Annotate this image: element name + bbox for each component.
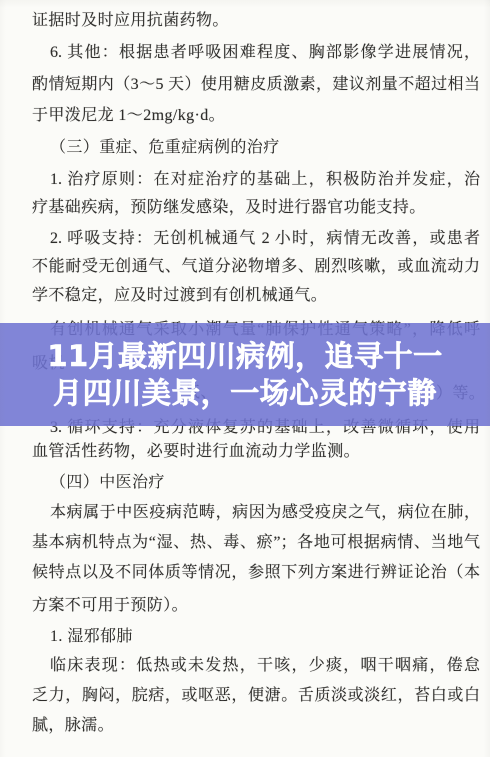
- doc-line: 候特点以及不同体质等情况，参照下列方案进行辨证论治（本: [32, 562, 480, 584]
- doc-line: 证据时及时应用抗菌药物。: [32, 10, 229, 32]
- doc-section-heading: （四）中医治疗: [50, 472, 165, 494]
- banner-title-line-2: 月四川美景，一场心灵的宁静: [53, 375, 437, 412]
- doc-line: 临床表现：低热或未发热，干咳，少痰，咽干咽痛，倦怠: [50, 655, 480, 677]
- doc-line: 血管活性药物，必要时进行血流动力学监测。: [32, 441, 360, 463]
- doc-line: 6. 其他：根据患者呼吸困难程度、胸部影像学进展情况，: [50, 42, 480, 64]
- doc-line: 酌情短期内（3～5 天）使用糖皮质激素，建议剂量不超过相当: [32, 74, 480, 96]
- doc-line: 于甲泼尼龙 1～2mg/kg·d。: [32, 105, 225, 127]
- doc-line: 1. 治疗原则：在对症治疗的基础上，积极防治并发症，治: [50, 169, 480, 191]
- doc-line: 本病属于中医疫病范畴，病因为感受疫戾之气，病位在肺，: [50, 502, 480, 524]
- doc-line: 学不稳定，应及时过渡到有创机械通气。: [32, 285, 327, 307]
- title-banner-overlay: 11月最新四川病例，追寻十一 月四川美景，一场心灵的宁静: [0, 323, 490, 426]
- doc-section-heading: （三）重症、危重症病例的治疗: [50, 137, 280, 159]
- scanned-document-page: 证据时及时应用抗菌药物。 6. 其他：根据患者呼吸困难程度、胸部影像学进展情况，…: [0, 0, 490, 757]
- doc-subsection-heading: 1. 湿邪郁肺: [50, 626, 133, 648]
- doc-line: 乏力，胸闷，脘痞，或呕恶，便溏。舌质淡或淡红，苔白或白: [32, 685, 480, 707]
- doc-line: 腻，脉濡。: [32, 715, 114, 737]
- doc-line: 方案不可用于预防）。: [32, 595, 188, 617]
- doc-line: 疗基础疾病，预防继发感染，及时进行器官功能支持。: [32, 197, 426, 219]
- doc-line: 2. 呼吸支持：无创机械通气 2 小时，病情无改善，或患者: [50, 228, 480, 250]
- doc-line: 基本病机特点为“湿、热、毒、瘀”；各地可根据病情、当地气: [32, 532, 480, 554]
- banner-title-line-1: 11月最新四川病例，追寻十一: [47, 338, 442, 375]
- doc-line: 不能耐受无创通气、气道分泌物增多、剧烈咳嗽，或血流动力: [32, 256, 480, 278]
